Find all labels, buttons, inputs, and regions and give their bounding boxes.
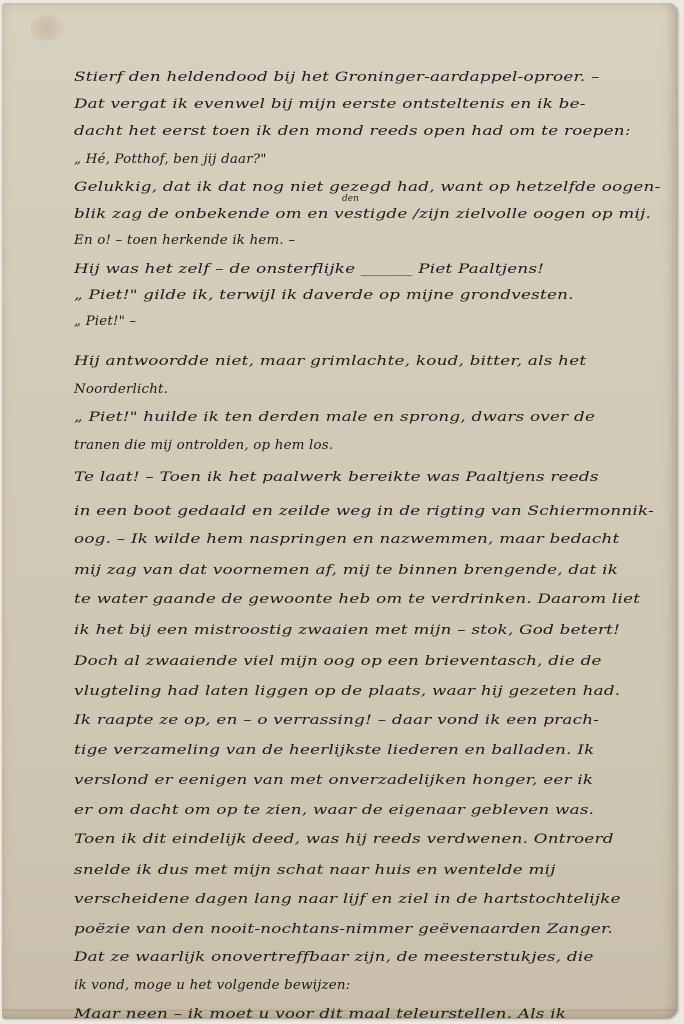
text-line: „ Piet!" – [74, 314, 136, 329]
text-line: „ Piet!" gilde ik, terwijl ik daverde op… [74, 288, 574, 303]
text-line: Gelukkig, dat ik dat nog niet gezegd had… [74, 180, 660, 195]
text-line: tige verzameling van de heerlijkste lied… [74, 743, 595, 758]
text-line: dacht het eerst toen ik den mond reeds o… [74, 124, 631, 139]
text-line: Hij was het zelf – de onsterflijke _____… [74, 262, 544, 277]
text-line: vlugteling had laten liggen op de plaats… [74, 684, 620, 699]
interlinear-insertion: den [342, 194, 359, 204]
text-line: mij zag van dat voornemen af, mij te bin… [74, 563, 618, 578]
text-line: Doch al zwaaiende viel mijn oog op een b… [74, 654, 602, 669]
text-line: „ Hé, Potthof, ben jij daar?" [74, 152, 267, 167]
text-line: blik zag de onbekende om en vestigde /zi… [74, 207, 651, 222]
text-line: Hij antwoordde niet, maar grimlachte, ko… [74, 354, 586, 369]
text-line: Ik raapte ze op, en – o verrassing! – da… [74, 713, 599, 728]
text-line: ik het bij een mistroostig zwaaien met m… [74, 623, 620, 638]
text-line: verscheidene dagen lang naar lijf en zie… [74, 892, 621, 907]
text-line: tranen die mij ontrolden, op hem los. [74, 438, 333, 453]
text-line: En o! – toen herkende ik hem. – [74, 233, 295, 248]
text-line: er om dacht om op te zien, waar de eigen… [74, 803, 594, 818]
text-line: oog. – Ik wilde hem naspringen en nazwem… [74, 532, 620, 547]
text-line: Dat vergat ik evenwel bij mijn eerste on… [74, 97, 586, 112]
text-line: snelde ik dus met mijn schat naar huis e… [74, 863, 556, 878]
text-line: Noorderlicht. [74, 382, 168, 397]
text-line: „ Piet!" huilde ik ten derden male en sp… [74, 410, 595, 425]
text-line: Dat ze waarlijk onovertreffbaar zijn, de… [74, 950, 594, 965]
text-line: ik vond, moge u het volgende bewijzen: [74, 978, 350, 993]
text-line: verslond er eenigen van met onverzadelij… [74, 773, 593, 788]
text-line: Te laat! – Toen ik het paalwerk bereikte… [74, 470, 599, 485]
text-line: te water gaande de gewoonte heb om te ve… [74, 592, 640, 607]
paper-stain [30, 15, 64, 41]
text-line: poëzie van den nooit-nochtans-nimmer geë… [74, 922, 613, 937]
text-line: Toen ik dit eindelijk deed, was hij reed… [74, 832, 614, 847]
text-line: Stierf den heldendood bij het Groninger-… [74, 70, 600, 85]
text-line: in een boot gedaald en zeilde weg in de … [74, 504, 654, 519]
text-line: Maar neen – ik moet u voor dit maal tele… [74, 1007, 566, 1022]
